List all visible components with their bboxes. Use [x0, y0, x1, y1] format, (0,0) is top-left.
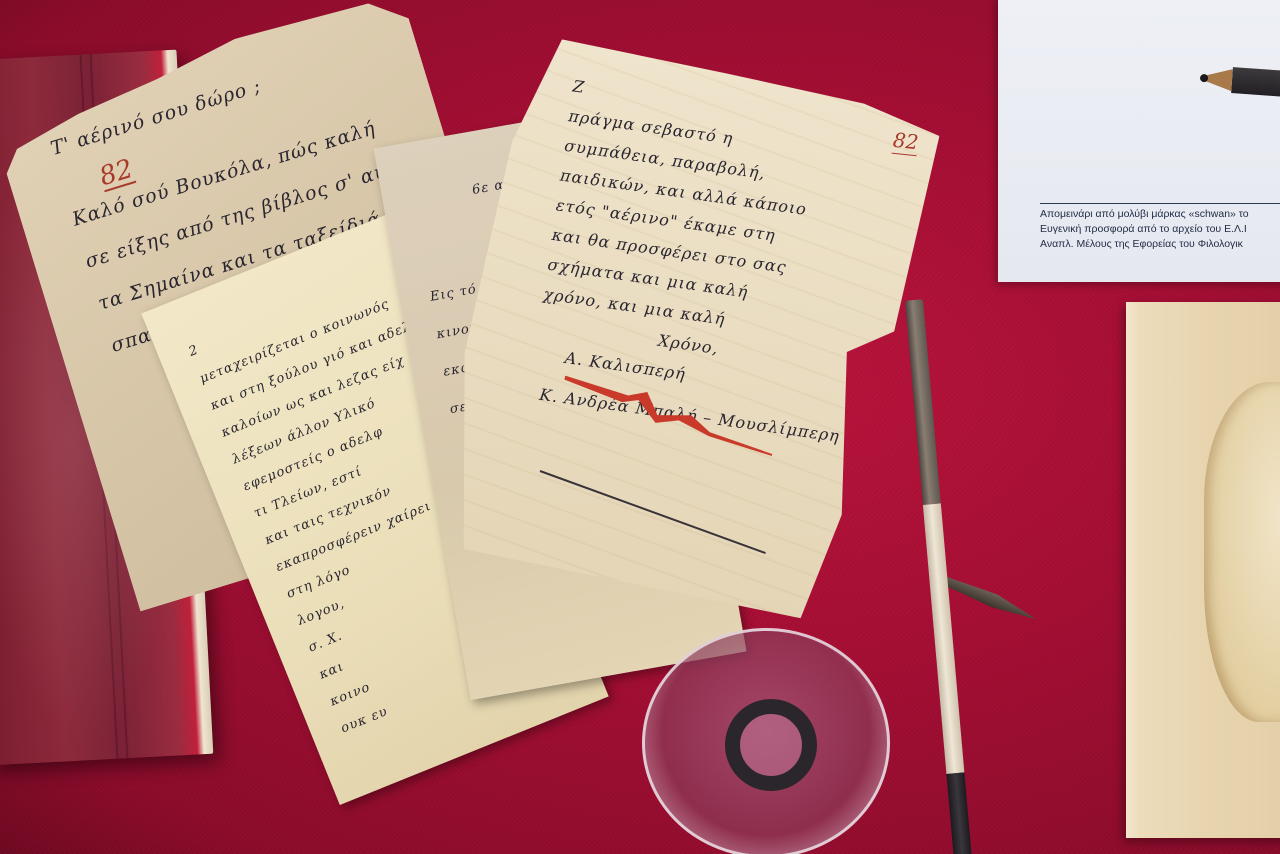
- label-line: Αναπλ. Μέλους της Εφορείας του Φιλολογικ: [1040, 237, 1280, 252]
- label-divider: [1040, 203, 1280, 204]
- plaster-relief-portrait: [1126, 302, 1280, 838]
- folio-number-2: 82: [892, 127, 920, 157]
- museum-label-card: Απομεινάρι από μολύβι μάρκας «schwan» το…: [998, 0, 1280, 282]
- dip-pen: [905, 299, 972, 854]
- pen-end-cap: [946, 772, 971, 854]
- pen-nib: [941, 574, 1039, 624]
- pen-holder: [923, 503, 964, 774]
- velvet-display-background: Τ' αέρινό σου δώρο ; Καλό σού Βουκόλα, π…: [0, 0, 1280, 854]
- label-line: Ευγενική προσφορά από το αρχείο του Ε.Λ.…: [1040, 222, 1280, 237]
- manuscript-letter-4: Ζ πράγμα σεβαστό η συμπάθεια, παραβολή, …: [435, 32, 946, 628]
- pencil-body: [1231, 67, 1280, 98]
- glass-inkwell: [642, 628, 890, 854]
- label-line: Απομεινάρι από μολύβι μάρκας «schwan» το: [1040, 207, 1280, 222]
- relief-profile-face: [1204, 382, 1280, 722]
- inkwell-opening: [725, 699, 817, 791]
- label-caption: Απομεινάρι από μολύβι μάρκας «schwan» το…: [1040, 207, 1280, 252]
- pen-ferrule: [905, 299, 941, 505]
